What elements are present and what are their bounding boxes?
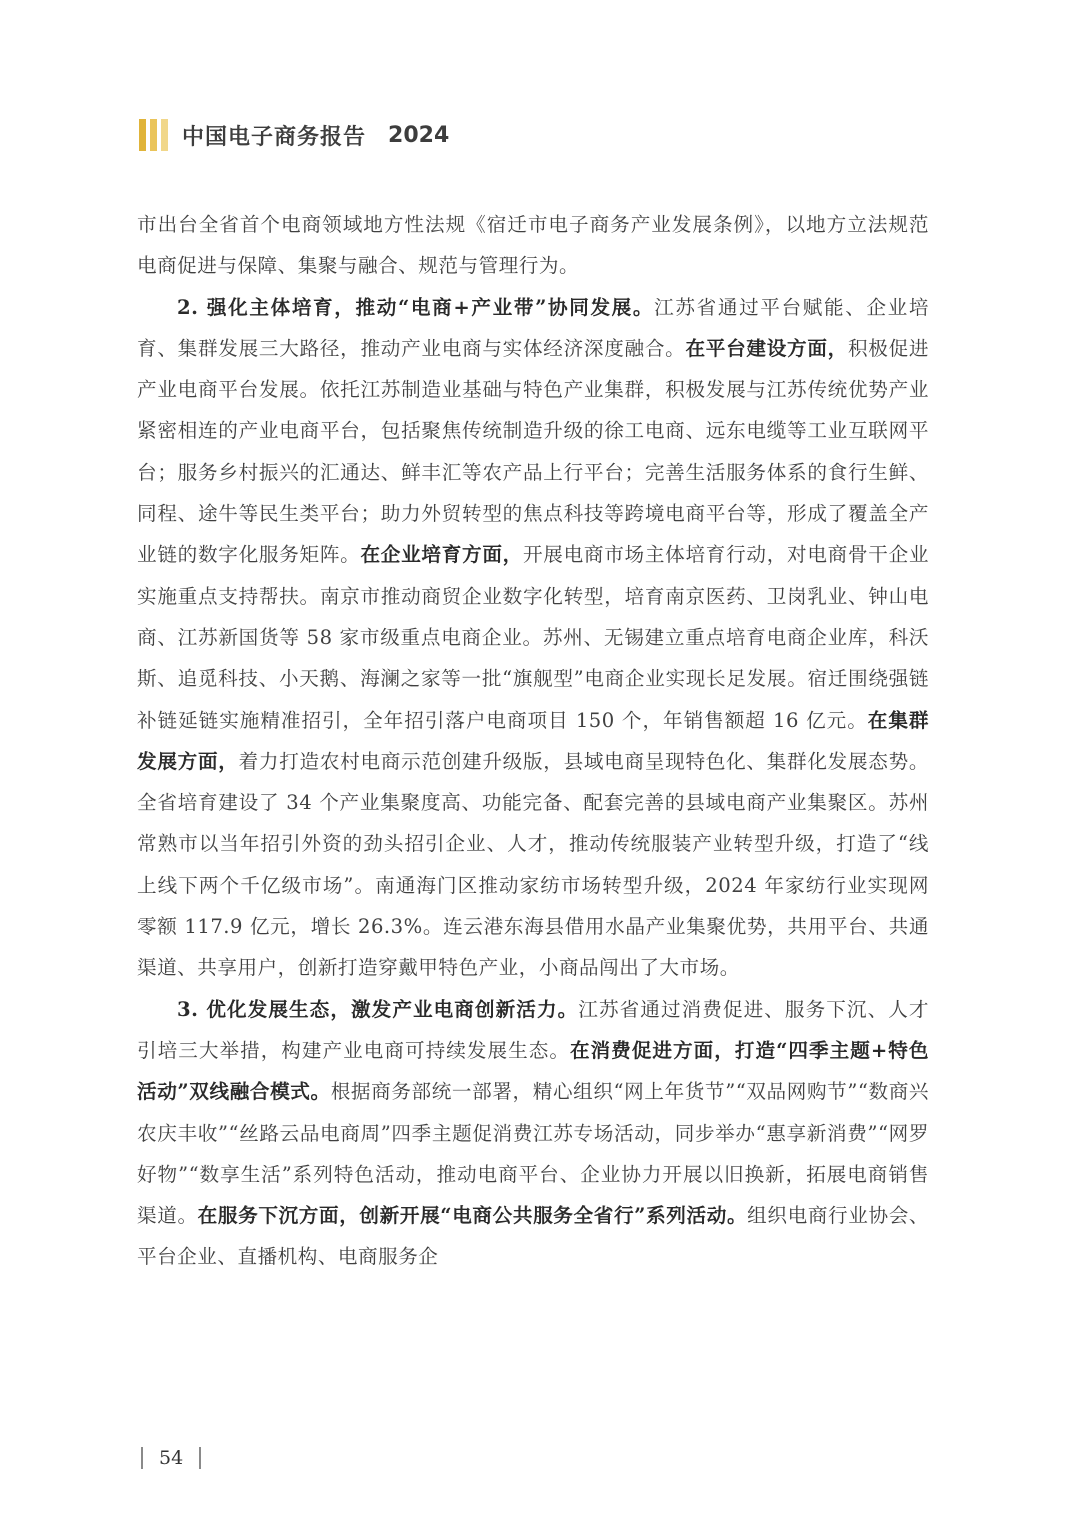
page-number: 54 (159, 1447, 183, 1469)
paragraph-3: 3. 优化发展生态，激发产业电商创新活力。江苏省通过消费促进、服务下沉、人才引培… (137, 989, 929, 1278)
divider (199, 1447, 201, 1469)
report-year: 2024 (388, 123, 449, 148)
header-bars-icon (139, 119, 168, 151)
text-run: 着力打造农村电商示范创建升级版，县域电商呈现特色化、集群化发展态势。全省培育建设… (137, 750, 929, 979)
divider (141, 1447, 143, 1469)
text-run: 开展电商市场主体培育行动，对电商骨干企业实施重点支持帮扶。南京市推动商贸企业数字… (137, 543, 929, 731)
section-heading-2: 2. 强化主体培育，推动“电商+产业带”协同发展。 (177, 296, 654, 319)
paragraph-2: 2. 强化主体培育，推动“电商+产业带”协同发展。江苏省通过平台赋能、企业培育、… (137, 287, 929, 989)
bar-2 (150, 119, 157, 151)
text-run: 市出台全省首个电商领域地方性法规《宿迁市电子商务产业发展条例》，以地方立法规范电… (137, 213, 929, 277)
bar-3 (161, 119, 168, 151)
subheading-enterprise: 在企业培育方面， (360, 543, 523, 566)
page-footer: 54 (141, 1447, 201, 1469)
subheading-platform: 在平台建设方面， (685, 337, 848, 360)
text-run: 积极促进产业电商平台发展。依托江苏制造业基础与特色产业集群，积极发展与江苏传统优… (137, 337, 929, 566)
report-header: 中国电子商务报告 2024 (139, 118, 449, 152)
bar-1 (139, 119, 146, 151)
report-title: 中国电子商务报告 (182, 120, 366, 151)
paragraph-1: 市出台全省首个电商领域地方性法规《宿迁市电子商务产业发展条例》，以地方立法规范电… (137, 204, 929, 287)
body-text: 市出台全省首个电商领域地方性法规《宿迁市电子商务产业发展条例》，以地方立法规范电… (137, 204, 929, 1278)
subheading-service: 在服务下沉方面，创新开展“电商公共服务全省行”系列活动。 (198, 1204, 748, 1227)
section-heading-3: 3. 优化发展生态，激发产业电商创新活力。 (177, 998, 578, 1021)
